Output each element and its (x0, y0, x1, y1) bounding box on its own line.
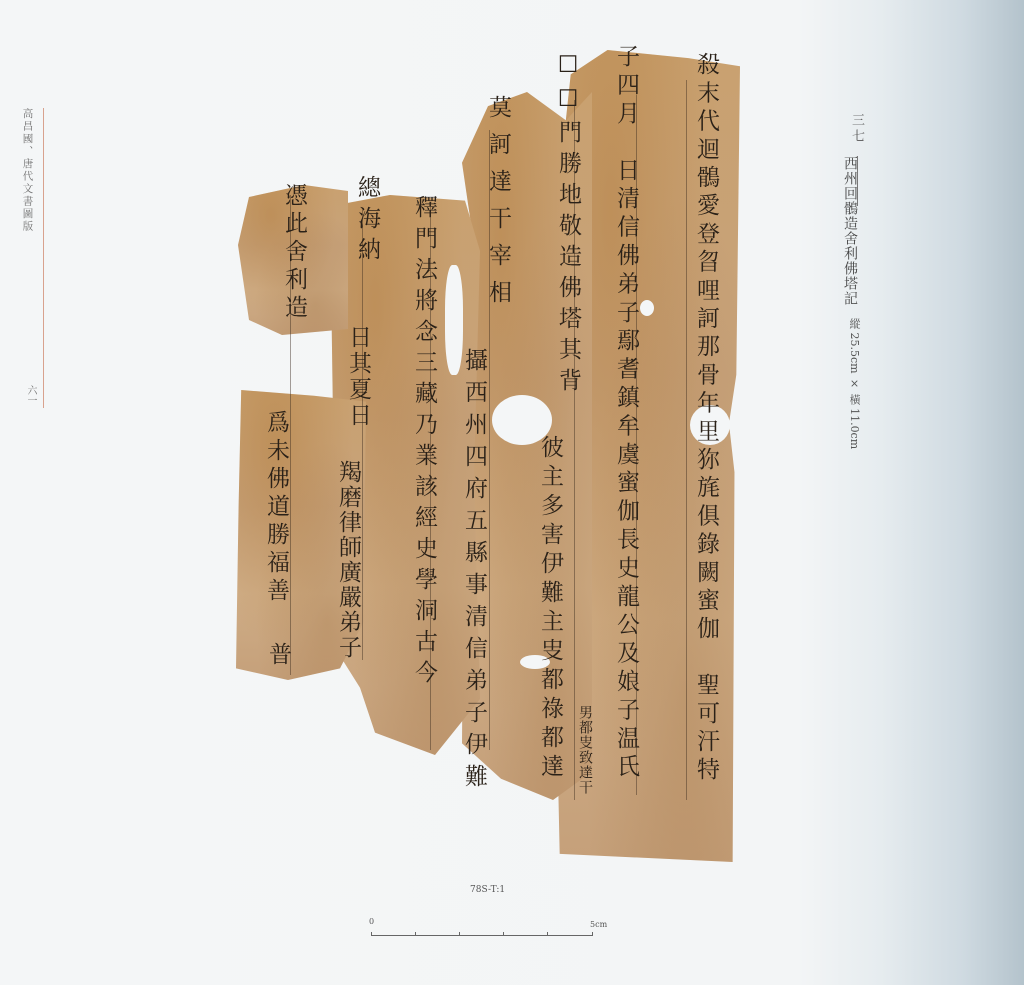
text-column: 莫訶達干宰相 (486, 95, 509, 317)
scale-tick (415, 932, 416, 936)
text-column: 男都㕜致達干 (578, 705, 592, 795)
scale-tick (503, 932, 504, 936)
scale-tick (547, 932, 548, 936)
text-column: 日其夏日 (346, 325, 369, 429)
text-column: ☐☐門勝地敬造佛塔其背 (556, 52, 579, 399)
text-column: 彼主多害伊難主㕜都祿都達 (538, 435, 561, 783)
scale-tick (371, 932, 372, 936)
text-column: 殺末代迴鶻愛登㫚哩訶那骨年里狝旄俱錄闕蜜伽 聖可汗特 (694, 52, 717, 785)
scale-tick (459, 932, 460, 936)
scale-line (371, 935, 593, 936)
damage-hole (640, 300, 654, 316)
text-column: 爲未佛道勝福善 (264, 410, 287, 606)
text-column: 釋門法將念三藏乃業該經史學洞古今 (412, 195, 435, 691)
scale-start-label: 0 (369, 917, 374, 926)
specimen-id: 78S-T:1 (470, 885, 505, 895)
column-rule (362, 210, 363, 660)
text-column: 羯磨律師廣嚴弟子 (336, 460, 359, 660)
text-column: 普 (266, 642, 289, 672)
scale-bar (371, 928, 593, 936)
text-column: 總海納 (355, 175, 378, 268)
text-column: 子四月 日清信佛弟子鄢耆鎮牟虞蜜伽長史龍公及娘子温氏 (614, 44, 637, 782)
manuscript-image: 殺末代迴鶻愛登㫚哩訶那骨年里狝旄俱錄闕蜜伽 聖可汗特 子四月 日清信佛弟子鄢耆鎮… (0, 0, 1024, 985)
text-column: 憑此舍利造 (282, 183, 305, 323)
scale-tick (592, 932, 593, 936)
text-column: 攝西州四府五縣事清信弟子伊難 (462, 348, 485, 796)
column-rule (686, 80, 687, 800)
